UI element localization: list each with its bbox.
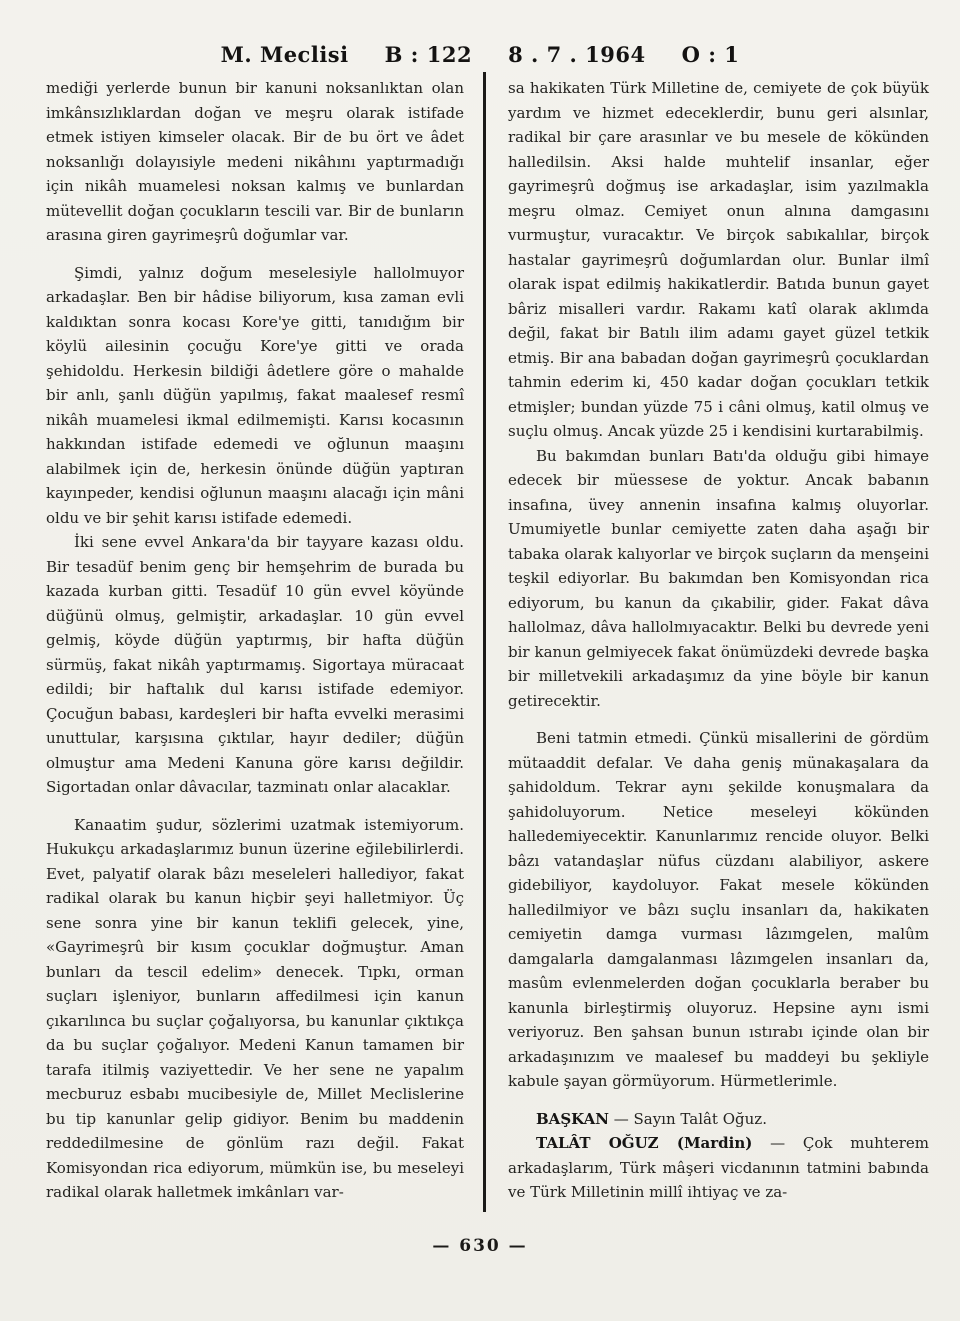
paragraph-speech: TALÂT OĞUZ (Mardin) — Çok muhterem arkad… bbox=[508, 1131, 929, 1205]
column-divider-rule bbox=[483, 72, 486, 1212]
scanned-proceedings-page: M. Meclisi B : 122 8 . 7 . 1964 O : 1 me… bbox=[0, 0, 960, 1321]
paragraph: Kanaatim şudur, sözlerimi uzatmak istemi… bbox=[46, 813, 464, 1205]
paragraph: Bu bakımdan bunları Batı'da olduğu gibi … bbox=[508, 444, 929, 714]
page-header: M. Meclisi B : 122 8 . 7 . 1964 O : 1 bbox=[0, 42, 960, 67]
header-session-number: B : 122 bbox=[385, 42, 472, 67]
paragraph-speech: BAŞKAN — Sayın Talât Oğuz. bbox=[508, 1107, 929, 1132]
header-assembly: M. Meclisi bbox=[221, 42, 349, 67]
paragraph: mediği yerlerde bunun bir kanuni noksanl… bbox=[46, 76, 464, 248]
paragraph: Şimdi, yalnız doğum meselesiyle hallolmu… bbox=[46, 261, 464, 531]
paragraph: sa hakikaten Türk Milletine de, cemiyete… bbox=[508, 76, 929, 444]
column-right: sa hakikaten Türk Milletine de, cemiyete… bbox=[508, 76, 929, 1205]
speaker-name: TALÂT OĞUZ (Mardin) bbox=[536, 1134, 752, 1152]
speaker-name: BAŞKAN bbox=[536, 1110, 609, 1128]
paragraph: İki sene evvel Ankara'da bir tayyare kaz… bbox=[46, 530, 464, 800]
header-date: 8 . 7 . 1964 bbox=[508, 42, 646, 67]
paragraph: Beni tatmin etmedi. Çünkü misallerini de… bbox=[508, 726, 929, 1094]
speech-text: — Sayın Talât Oğuz. bbox=[614, 1110, 767, 1128]
column-left: mediği yerlerde bunun bir kanuni noksanl… bbox=[46, 76, 464, 1205]
page-number: — 630 — bbox=[0, 1236, 960, 1256]
header-sitting-number: O : 1 bbox=[682, 42, 740, 67]
